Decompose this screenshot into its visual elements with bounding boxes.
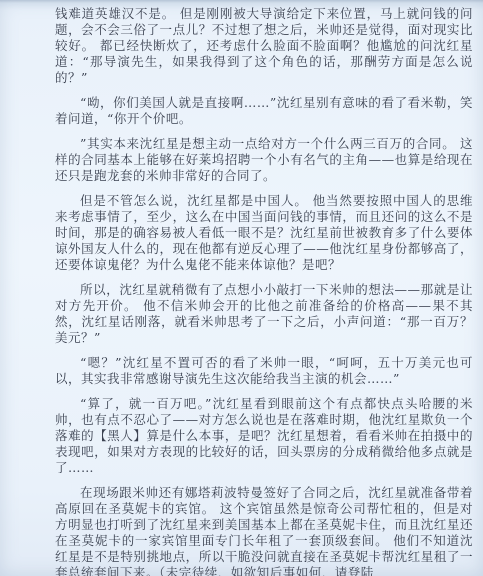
paragraph: 但是不管怎么说，沈红星都是中国人。 他当然要按照中国人的思维来考虑事情了，至少，… [55, 193, 473, 273]
novel-page: 钱难道英雄汉不是。 但是刚刚被大导演给定下来位置，马上就问钱的问题，会不会三俗了… [0, 0, 483, 576]
paragraph: “呦，你们美国人就是直接啊……”沈红星别有意味的看了看米勒，笑着问道，“你开个价… [55, 95, 473, 127]
paragraph: 在现场跟米帅还有娜塔莉波特曼签好了合同之后，沈红星就准备带着高原回在圣莫妮卡的宾… [55, 485, 473, 576]
paragraph: 所以，沈红星就稍微有了点想小小敲打一下米帅的想法——那就是让对方先开价。 他不信… [55, 282, 473, 346]
paragraph: “算了，就一百万吧。”沈红星看到眼前这个有点都快点头哈腰的米帅，也有点不忍心了—… [55, 396, 473, 476]
paragraph: “嗯？”沈红星不置可否的看了米帅一眼，“呵呵，五十万美元也可以，其实我非常感谢导… [55, 355, 473, 387]
paragraph: ”其实本来沈红星是想主动一点给对方一个什么两三百万的合同。 这样的合同基本上能够… [55, 136, 473, 184]
text-body: 钱难道英雄汉不是。 但是刚刚被大导演给定下来位置，马上就问钱的问题，会不会三俗了… [55, 6, 473, 576]
paragraph: 钱难道英雄汉不是。 但是刚刚被大导演给定下来位置，马上就问钱的问题，会不会三俗了… [55, 6, 473, 86]
